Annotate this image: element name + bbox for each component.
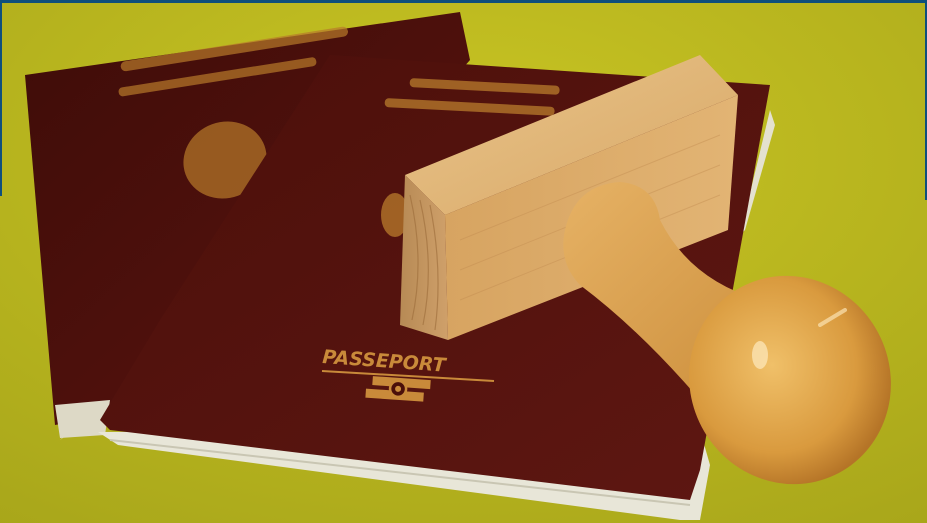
photo: PASSEPORT	[0, 0, 927, 523]
frame-border-left	[0, 0, 2, 196]
frame-border-top	[0, 0, 927, 3]
photo-scene: PASSEPORT	[0, 0, 927, 523]
